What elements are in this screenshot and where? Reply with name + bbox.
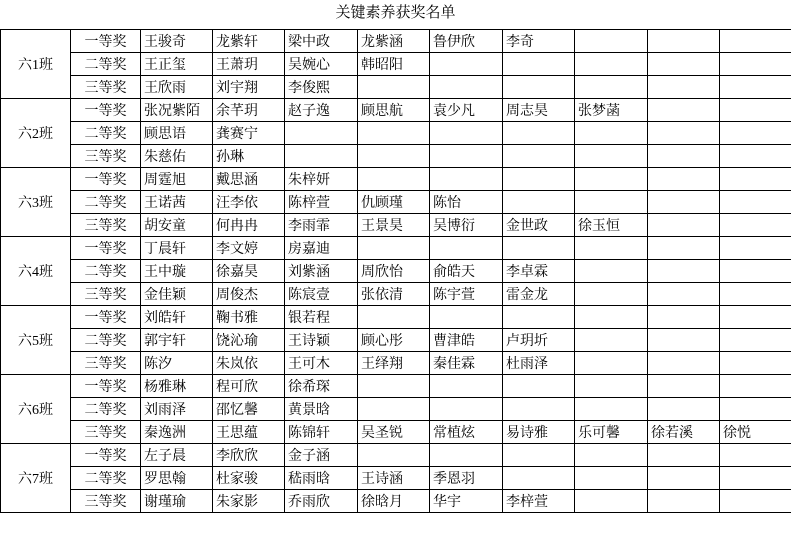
class-name-cell: 六2班 [1, 99, 71, 168]
table-row: 二等奖王诺茜汪李依陈梓萱仇顾瑾陈怡 [1, 191, 791, 214]
student-name-cell: 黄景晗 [285, 398, 358, 421]
student-name-cell: 仇顾瑾 [358, 191, 430, 214]
empty-cell [648, 53, 720, 76]
student-name-cell: 徐悦 [720, 421, 791, 444]
empty-cell [430, 398, 503, 421]
student-name-cell: 王思蕴 [213, 421, 285, 444]
student-name-cell: 吴婉心 [285, 53, 358, 76]
table-row: 二等奖郭宇轩饶沁瑜王诗颖顾心彤曹津皓卢玥圻 [1, 329, 791, 352]
award-tier-cell: 一等奖 [71, 168, 141, 191]
empty-cell [648, 122, 720, 145]
student-name-cell: 李雨霏 [285, 214, 358, 237]
empty-cell [648, 214, 720, 237]
student-name-cell: 朱岚依 [213, 352, 285, 375]
student-name-cell: 顾心彤 [358, 329, 430, 352]
student-name-cell: 刘宇翔 [213, 76, 285, 99]
student-name-cell: 王诗涵 [358, 467, 430, 490]
student-name-cell: 余芊玥 [213, 99, 285, 122]
table-row: 三等奖秦逸洲王思蕴陈锦轩吴圣锐常植炫易诗雅乐可馨徐若溪徐悦 [1, 421, 791, 444]
empty-cell [648, 260, 720, 283]
student-name-cell: 雷金龙 [503, 283, 575, 306]
student-name-cell: 王中璇 [141, 260, 213, 283]
student-name-cell: 饶沁瑜 [213, 329, 285, 352]
table-row: 六4班一等奖丁晨轩李文婷房嘉迪 [1, 237, 791, 260]
student-name-cell: 徐若溪 [648, 421, 720, 444]
student-name-cell: 顾思航 [358, 99, 430, 122]
student-name-cell: 朱梓妍 [285, 168, 358, 191]
student-name-cell: 刘雨泽 [141, 398, 213, 421]
student-name-cell: 龙紫涵 [358, 30, 430, 53]
student-name-cell: 陈汐 [141, 352, 213, 375]
student-name-cell: 罗思翰 [141, 467, 213, 490]
empty-cell [575, 168, 648, 191]
student-name-cell: 王可木 [285, 352, 358, 375]
empty-cell [575, 490, 648, 513]
empty-cell [648, 444, 720, 467]
empty-cell [648, 352, 720, 375]
empty-cell [575, 306, 648, 329]
student-name-cell: 嵇雨晗 [285, 467, 358, 490]
award-tier-cell: 三等奖 [71, 421, 141, 444]
award-tier-cell: 二等奖 [71, 260, 141, 283]
class-name-cell: 六1班 [1, 30, 71, 99]
award-tier-cell: 一等奖 [71, 99, 141, 122]
student-name-cell: 卢玥圻 [503, 329, 575, 352]
empty-cell [648, 375, 720, 398]
table-row: 三等奖朱慈佑孙琳 [1, 145, 791, 168]
student-name-cell: 常植炫 [430, 421, 503, 444]
empty-cell [430, 306, 503, 329]
student-name-cell: 周欣怡 [358, 260, 430, 283]
student-name-cell: 李梓萱 [503, 490, 575, 513]
empty-cell [648, 398, 720, 421]
table-row: 二等奖顾思语龚赛宁 [1, 122, 791, 145]
empty-cell [358, 122, 430, 145]
student-name-cell: 乔雨欣 [285, 490, 358, 513]
student-name-cell: 陈宇萱 [430, 283, 503, 306]
award-list-page: 关键素养获奖名单 六1班一等奖王骏奇龙紫轩梁中政龙紫涵鲁伊欣李奇二等奖王正玺王萧… [0, 0, 791, 535]
empty-cell [720, 191, 791, 214]
empty-cell [430, 145, 503, 168]
empty-cell [575, 30, 648, 53]
student-name-cell: 季恩羽 [430, 467, 503, 490]
student-name-cell: 王诗颖 [285, 329, 358, 352]
empty-cell [648, 168, 720, 191]
student-name-cell: 秦逸洲 [141, 421, 213, 444]
student-name-cell: 曹津皓 [430, 329, 503, 352]
student-name-cell: 俞皓天 [430, 260, 503, 283]
empty-cell [503, 237, 575, 260]
student-name-cell: 秦佳霖 [430, 352, 503, 375]
empty-cell [575, 191, 648, 214]
empty-cell [720, 398, 791, 421]
student-name-cell: 胡安童 [141, 214, 213, 237]
empty-cell [503, 375, 575, 398]
award-tier-cell: 三等奖 [71, 76, 141, 99]
student-name-cell: 王诺茜 [141, 191, 213, 214]
empty-cell [575, 444, 648, 467]
empty-cell [430, 122, 503, 145]
student-name-cell: 李俊熙 [285, 76, 358, 99]
student-name-cell: 李奇 [503, 30, 575, 53]
student-name-cell: 戴思涵 [213, 168, 285, 191]
award-tier-cell: 三等奖 [71, 214, 141, 237]
empty-cell [648, 237, 720, 260]
student-name-cell: 徐嘉昊 [213, 260, 285, 283]
empty-cell [720, 53, 791, 76]
table-row: 六7班一等奖左子晨李欣欣金子涵 [1, 444, 791, 467]
award-tier-cell: 一等奖 [71, 237, 141, 260]
student-name-cell: 杨雅琳 [141, 375, 213, 398]
empty-cell [575, 329, 648, 352]
award-tier-cell: 三等奖 [71, 145, 141, 168]
empty-cell [648, 30, 720, 53]
empty-cell [358, 237, 430, 260]
empty-cell [503, 53, 575, 76]
table-row: 三等奖王欣雨刘宇翔李俊熙 [1, 76, 791, 99]
table-row: 三等奖胡安童何冉冉李雨霏王景昊吴博衍金世政徐玉恒 [1, 214, 791, 237]
empty-cell [648, 329, 720, 352]
student-name-cell: 刘紫涵 [285, 260, 358, 283]
empty-cell [358, 306, 430, 329]
table-row: 三等奖金佳颖周俊杰陈宸壹张依清陈宇萱雷金龙 [1, 283, 791, 306]
student-name-cell: 张梦菡 [575, 99, 648, 122]
empty-cell [720, 30, 791, 53]
class-name-cell: 六4班 [1, 237, 71, 306]
student-name-cell: 邵忆馨 [213, 398, 285, 421]
student-name-cell: 王欣雨 [141, 76, 213, 99]
empty-cell [720, 145, 791, 168]
student-name-cell: 顾思语 [141, 122, 213, 145]
empty-cell [720, 76, 791, 99]
class-name-cell: 六6班 [1, 375, 71, 444]
empty-cell [285, 145, 358, 168]
student-name-cell: 梁中政 [285, 30, 358, 53]
student-name-cell: 丁晨轩 [141, 237, 213, 260]
empty-cell [648, 306, 720, 329]
student-name-cell: 吴圣锐 [358, 421, 430, 444]
student-name-cell: 王骏奇 [141, 30, 213, 53]
empty-cell [720, 168, 791, 191]
student-name-cell: 王景昊 [358, 214, 430, 237]
empty-cell [720, 490, 791, 513]
empty-cell [575, 122, 648, 145]
student-name-cell: 袁少凡 [430, 99, 503, 122]
empty-cell [503, 398, 575, 421]
empty-cell [648, 467, 720, 490]
student-name-cell: 房嘉迪 [285, 237, 358, 260]
table-row: 二等奖王中璇徐嘉昊刘紫涵周欣怡俞皓天李卓霖 [1, 260, 791, 283]
empty-cell [720, 237, 791, 260]
student-name-cell: 左子晨 [141, 444, 213, 467]
empty-cell [503, 467, 575, 490]
student-name-cell: 孙琳 [213, 145, 285, 168]
empty-cell [575, 283, 648, 306]
table-row: 六2班一等奖张况紫陌余芊玥赵子逸顾思航袁少凡周志昊张梦菡 [1, 99, 791, 122]
empty-cell [503, 191, 575, 214]
empty-cell [358, 398, 430, 421]
student-name-cell: 乐可馨 [575, 421, 648, 444]
empty-cell [648, 283, 720, 306]
student-name-cell: 陈梓萱 [285, 191, 358, 214]
empty-cell [430, 375, 503, 398]
student-name-cell: 华宇 [430, 490, 503, 513]
student-name-cell: 陈怡 [430, 191, 503, 214]
empty-cell [648, 99, 720, 122]
empty-cell [503, 145, 575, 168]
student-name-cell: 徐玉恒 [575, 214, 648, 237]
student-name-cell: 朱慈佑 [141, 145, 213, 168]
table-row: 六3班一等奖周霆旭戴思涵朱梓妍 [1, 168, 791, 191]
empty-cell [720, 352, 791, 375]
award-tier-cell: 二等奖 [71, 467, 141, 490]
empty-cell [430, 53, 503, 76]
table-row: 二等奖刘雨泽邵忆馨黄景晗 [1, 398, 791, 421]
student-name-cell: 王正玺 [141, 53, 213, 76]
empty-cell [575, 352, 648, 375]
empty-cell [575, 398, 648, 421]
class-name-cell: 六7班 [1, 444, 71, 513]
award-tier-cell: 二等奖 [71, 191, 141, 214]
student-name-cell: 陈宸壹 [285, 283, 358, 306]
table-row: 六1班一等奖王骏奇龙紫轩梁中政龙紫涵鲁伊欣李奇 [1, 30, 791, 53]
student-name-cell: 赵子逸 [285, 99, 358, 122]
awards-table: 六1班一等奖王骏奇龙紫轩梁中政龙紫涵鲁伊欣李奇二等奖王正玺王萧玥吴婉心韩昭阳三等… [0, 29, 791, 513]
student-name-cell: 徐晗月 [358, 490, 430, 513]
student-name-cell: 周志昊 [503, 99, 575, 122]
student-name-cell: 刘皓轩 [141, 306, 213, 329]
table-row: 三等奖谢瑾瑜朱家影乔雨欣徐晗月华宇李梓萱 [1, 490, 791, 513]
empty-cell [648, 191, 720, 214]
empty-cell [358, 76, 430, 99]
student-name-cell: 龙紫轩 [213, 30, 285, 53]
student-name-cell: 朱家影 [213, 490, 285, 513]
table-row: 六5班一等奖刘皓轩鞠书雅银若程 [1, 306, 791, 329]
student-name-cell: 汪李依 [213, 191, 285, 214]
empty-cell [575, 53, 648, 76]
award-tier-cell: 一等奖 [71, 306, 141, 329]
award-tier-cell: 一等奖 [71, 375, 141, 398]
student-name-cell: 李文婷 [213, 237, 285, 260]
empty-cell [648, 76, 720, 99]
empty-cell [503, 122, 575, 145]
student-name-cell: 韩昭阳 [358, 53, 430, 76]
table-row: 六6班一等奖杨雅琳程可欣徐希琛 [1, 375, 791, 398]
award-tier-cell: 三等奖 [71, 283, 141, 306]
page-title: 关键素养获奖名单 [0, 0, 791, 29]
student-name-cell: 王绎翔 [358, 352, 430, 375]
student-name-cell: 银若程 [285, 306, 358, 329]
empty-cell [720, 329, 791, 352]
empty-cell [720, 99, 791, 122]
student-name-cell: 郭宇轩 [141, 329, 213, 352]
empty-cell [575, 76, 648, 99]
student-name-cell: 张况紫陌 [141, 99, 213, 122]
student-name-cell: 陈锦轩 [285, 421, 358, 444]
empty-cell [720, 214, 791, 237]
empty-cell [720, 122, 791, 145]
class-name-cell: 六3班 [1, 168, 71, 237]
empty-cell [720, 306, 791, 329]
student-name-cell: 金佳颖 [141, 283, 213, 306]
empty-cell [575, 375, 648, 398]
empty-cell [430, 76, 503, 99]
table-row: 三等奖陈汐朱岚依王可木王绎翔秦佳霖杜雨泽 [1, 352, 791, 375]
student-name-cell: 杜雨泽 [503, 352, 575, 375]
student-name-cell: 鲁伊欣 [430, 30, 503, 53]
student-name-cell: 金世政 [503, 214, 575, 237]
student-name-cell: 王萧玥 [213, 53, 285, 76]
empty-cell [648, 145, 720, 168]
student-name-cell: 周俊杰 [213, 283, 285, 306]
empty-cell [575, 260, 648, 283]
empty-cell [358, 444, 430, 467]
award-tier-cell: 二等奖 [71, 122, 141, 145]
award-tier-cell: 二等奖 [71, 398, 141, 421]
student-name-cell: 杜家骏 [213, 467, 285, 490]
award-tier-cell: 三等奖 [71, 352, 141, 375]
empty-cell [358, 145, 430, 168]
award-tier-cell: 二等奖 [71, 329, 141, 352]
award-tier-cell: 一等奖 [71, 30, 141, 53]
empty-cell [503, 444, 575, 467]
awards-table-body: 六1班一等奖王骏奇龙紫轩梁中政龙紫涵鲁伊欣李奇二等奖王正玺王萧玥吴婉心韩昭阳三等… [1, 30, 791, 513]
empty-cell [720, 260, 791, 283]
student-name-cell: 谢瑾瑜 [141, 490, 213, 513]
class-name-cell: 六5班 [1, 306, 71, 375]
empty-cell [503, 76, 575, 99]
empty-cell [648, 490, 720, 513]
student-name-cell: 程可欣 [213, 375, 285, 398]
student-name-cell: 李欣欣 [213, 444, 285, 467]
empty-cell [575, 145, 648, 168]
empty-cell [720, 283, 791, 306]
empty-cell [720, 375, 791, 398]
award-tier-cell: 三等奖 [71, 490, 141, 513]
empty-cell [358, 168, 430, 191]
empty-cell [575, 467, 648, 490]
student-name-cell: 何冉冉 [213, 214, 285, 237]
student-name-cell: 鞠书雅 [213, 306, 285, 329]
empty-cell [720, 467, 791, 490]
student-name-cell: 易诗雅 [503, 421, 575, 444]
empty-cell [285, 122, 358, 145]
student-name-cell: 李卓霖 [503, 260, 575, 283]
student-name-cell: 周霆旭 [141, 168, 213, 191]
table-row: 二等奖王正玺王萧玥吴婉心韩昭阳 [1, 53, 791, 76]
award-tier-cell: 二等奖 [71, 53, 141, 76]
empty-cell [358, 375, 430, 398]
empty-cell [503, 168, 575, 191]
empty-cell [720, 444, 791, 467]
student-name-cell: 徐希琛 [285, 375, 358, 398]
empty-cell [430, 444, 503, 467]
empty-cell [503, 306, 575, 329]
empty-cell [430, 168, 503, 191]
student-name-cell: 吴博衍 [430, 214, 503, 237]
student-name-cell: 金子涵 [285, 444, 358, 467]
student-name-cell: 龚赛宁 [213, 122, 285, 145]
student-name-cell: 张依清 [358, 283, 430, 306]
table-row: 二等奖罗思翰杜家骏嵇雨晗王诗涵季恩羽 [1, 467, 791, 490]
empty-cell [575, 237, 648, 260]
award-tier-cell: 一等奖 [71, 444, 141, 467]
empty-cell [430, 237, 503, 260]
